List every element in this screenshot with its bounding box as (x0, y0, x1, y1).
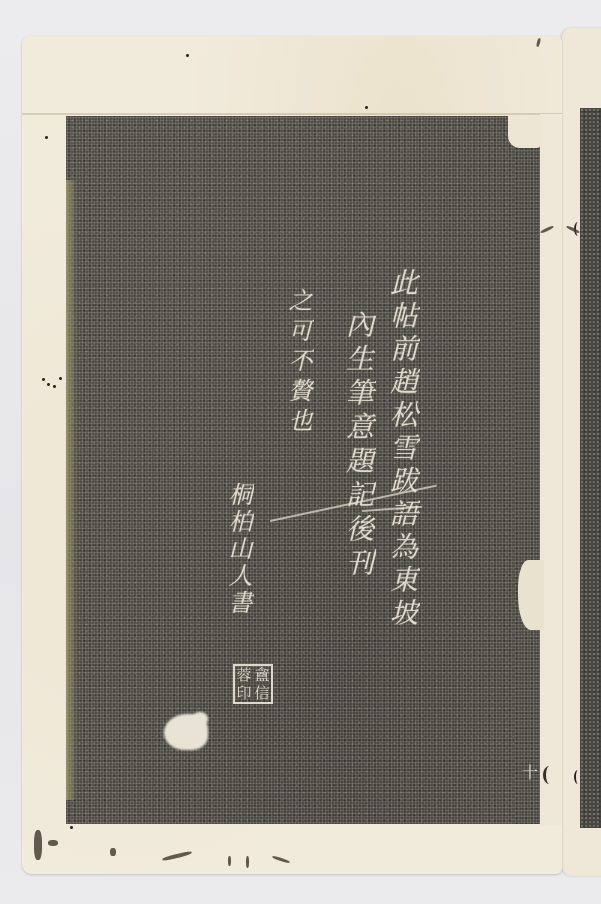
ink-speck (59, 377, 62, 380)
ink-stain (34, 830, 42, 860)
inscription-column-1: 此帖前趙松雪跋語為東坡 (388, 268, 416, 631)
wormhole-mark (543, 766, 556, 784)
ink-speck (365, 106, 368, 109)
seal-char: 信 (254, 686, 269, 701)
paper-blemish (192, 712, 208, 726)
seal-char: 蓉 (236, 668, 251, 683)
ink-stain (246, 856, 249, 868)
ink-speck (186, 54, 189, 57)
ink-speck (53, 385, 56, 388)
ink-stain (228, 856, 231, 866)
ink-stain (48, 840, 58, 846)
rubbing-stained-edge (66, 180, 76, 800)
rubbing-right-strip (514, 116, 540, 824)
seal-char: 印 (236, 686, 251, 701)
inscription-signature: 桐柏山人書 (226, 482, 250, 617)
ink-speck (70, 826, 73, 829)
paper-chip (508, 116, 542, 148)
seal-stamp: 蓉 盦 印 信 (233, 664, 273, 704)
inscription-column-3: 之可不贅也 (286, 288, 310, 438)
cross-mark: 十 (522, 760, 538, 783)
ink-speck (47, 383, 50, 386)
binding-notch (574, 770, 582, 784)
inscription-column-2: 內生筆意題記後刊 (344, 310, 372, 582)
mount-fold-line (22, 113, 562, 115)
ink-stain (110, 848, 116, 856)
next-leaf-rubbing-edge (580, 108, 601, 828)
ink-speck (42, 378, 45, 381)
paper-chip (518, 560, 544, 630)
ink-rubbing (66, 116, 514, 824)
seal-char: 盦 (254, 668, 269, 683)
ink-speck (45, 136, 48, 139)
center-fold-gutter (540, 114, 562, 826)
